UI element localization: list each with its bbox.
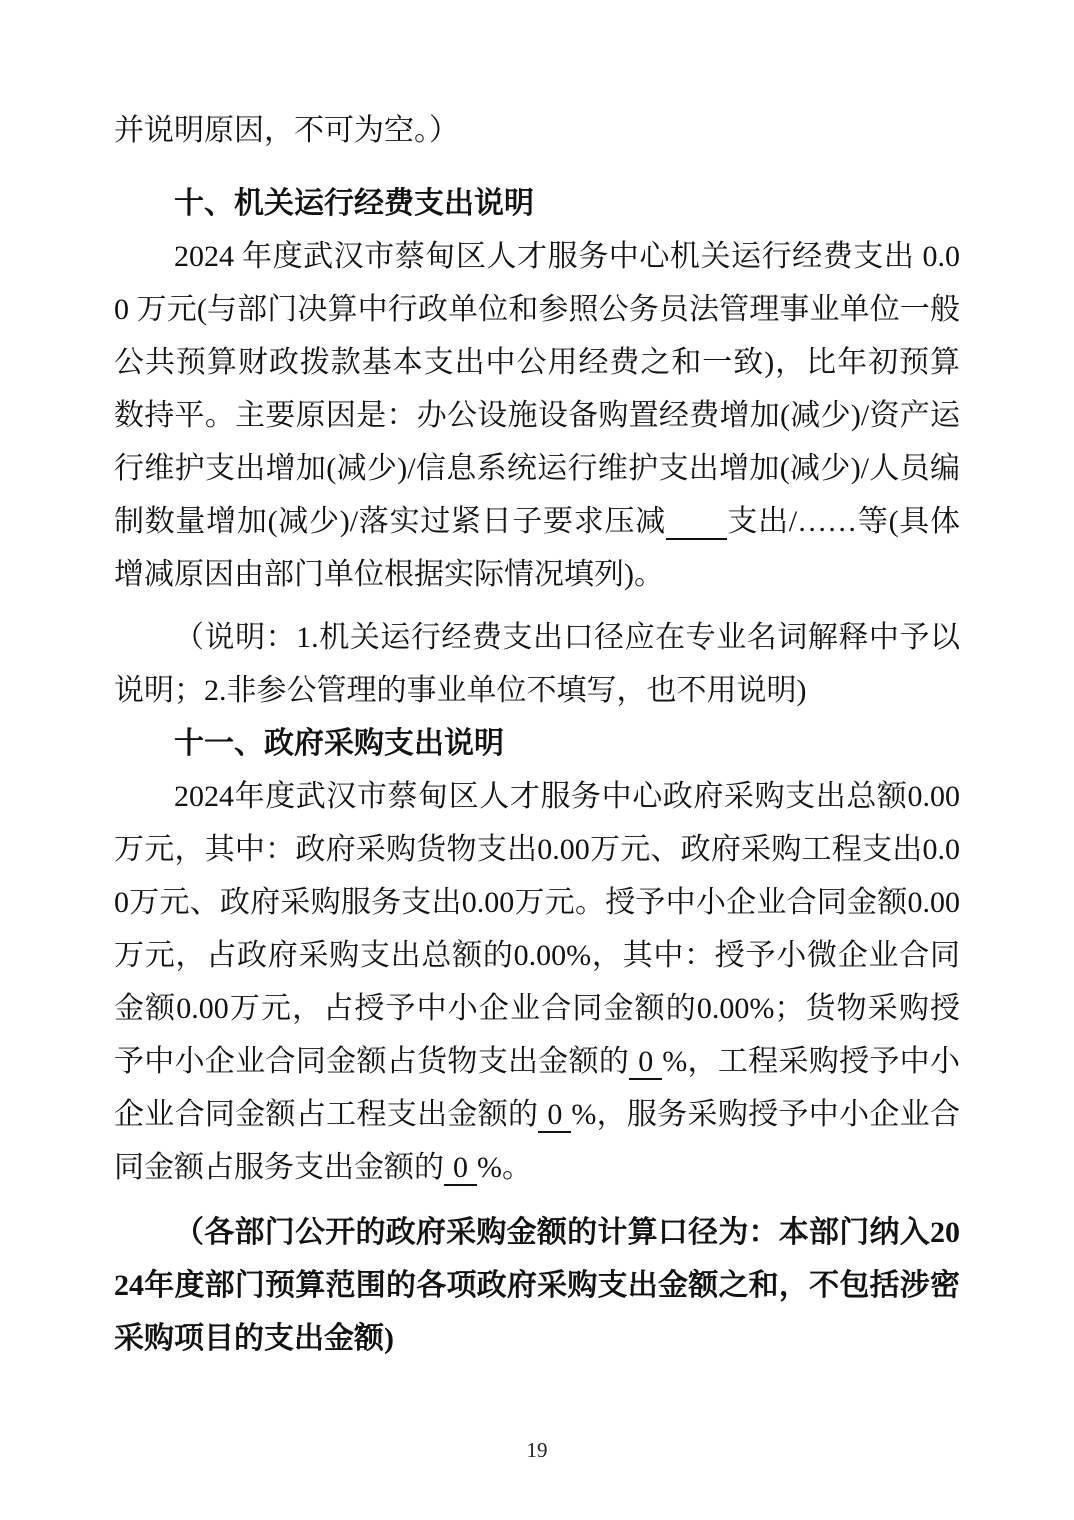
- section-11-paragraph-end: %。: [477, 1151, 532, 1184]
- section-11-heading: 十一、政府采购支出说明: [114, 717, 960, 770]
- fill-in-blank-underline: [666, 505, 727, 540]
- section-11-paragraph: 2024年度武汉市蔡甸区人才服务中心政府采购支出总额0.00万元，其中：政府采购…: [114, 770, 960, 1194]
- section-10-note: （说明：1.机关运行经费支出口径应在专业名词解释中予以说明；2.非参公管理的事业…: [114, 611, 960, 717]
- document-page: 并说明原因，不可为空。） 十、机关运行经费支出说明 2024 年度武汉市蔡甸区人…: [0, 0, 1074, 1520]
- works-percent-value: 0: [538, 1098, 571, 1133]
- section-11-paragraph-lead: 2024年度武汉市蔡甸区人才服务中心政府采购支出总额0.00万元，其中：政府采购…: [114, 780, 960, 1078]
- section-10-heading: 十、机关运行经费支出说明: [114, 177, 960, 230]
- goods-percent-value: 0: [629, 1045, 662, 1080]
- intro-line: 并说明原因，不可为空。）: [114, 104, 960, 157]
- services-percent-value: 0: [444, 1151, 477, 1186]
- section-10-paragraph: 2024 年度武汉市蔡甸区人才服务中心机关运行经费支出 0.00 万元(与部门决…: [114, 230, 960, 601]
- page-number: 19: [0, 1438, 1074, 1463]
- section-11-note: （各部门公开的政府采购金额的计算口径为：本部门纳入2024年度部门预算范围的各项…: [114, 1206, 960, 1365]
- section-10-paragraph-text: 2024 年度武汉市蔡甸区人才服务中心机关运行经费支出 0.00 万元(与部门决…: [114, 240, 960, 538]
- document-body: 并说明原因，不可为空。） 十、机关运行经费支出说明 2024 年度武汉市蔡甸区人…: [114, 104, 960, 1365]
